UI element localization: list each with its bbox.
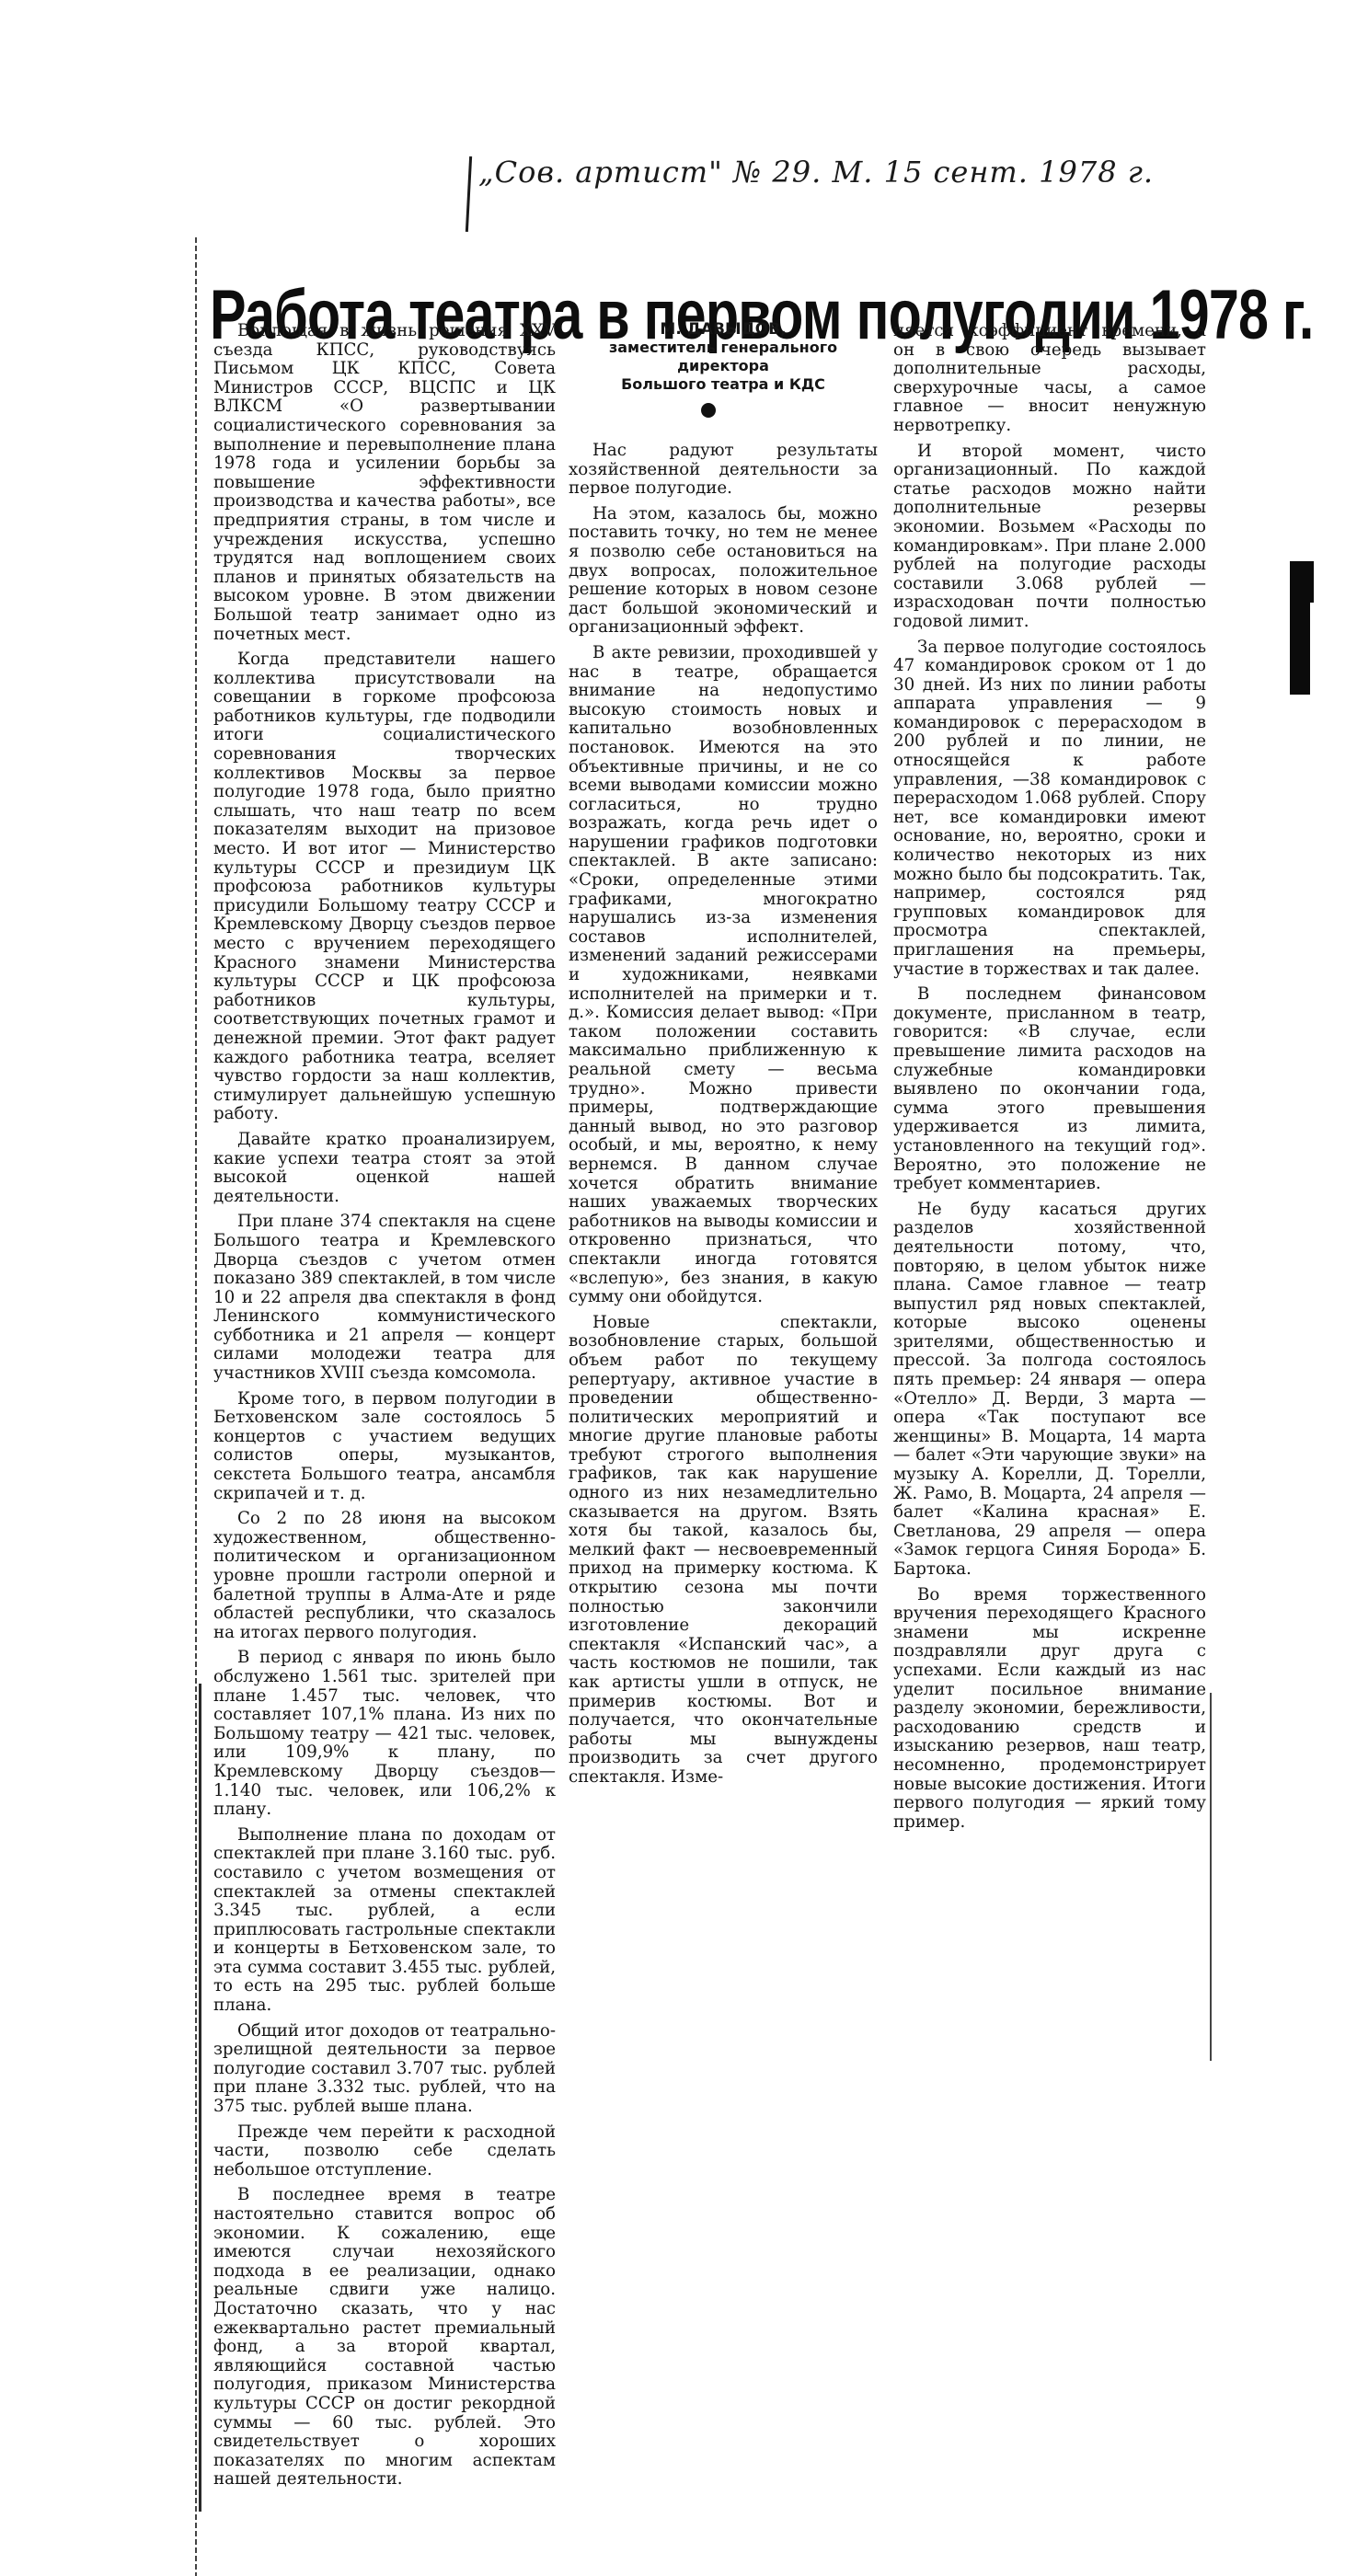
paragraph: При плане 374 спектакля на сцене Большог… (213, 1213, 556, 1383)
left-border-rule-bold (199, 1684, 201, 2512)
paragraph: Давайте кратко проанализируем, какие усп… (213, 1131, 556, 1206)
handwritten-margin-line (466, 156, 472, 232)
article-column-middle: Нас радуют результаты хозяйственной деят… (569, 442, 878, 1794)
article-column-left: Воплощая в жизнь решения XXV съезда КПСС… (213, 322, 556, 2496)
paragraph: На этом, казалось бы, можно поставить то… (569, 505, 878, 638)
paragraph: В акте ревизии, проходившей у нас в теат… (569, 644, 878, 1307)
newspaper-clipping: „Сов. артист" № 29. М. 15 сент. 1978 г. … (0, 0, 1357, 2576)
paragraph: Когда представители нашего коллектива пр… (213, 650, 556, 1124)
paragraph: За первое полугодие состоялось 47 команд… (893, 638, 1206, 980)
author-position: директора (569, 357, 878, 375)
paragraph: няется коэффициент времени, а он в свою … (893, 322, 1206, 436)
paragraph: Прежде чем перейти к расходной части, по… (213, 2123, 556, 2180)
paragraph: Нас радуют результаты хозяйственной деят… (569, 442, 878, 499)
author-byline: М. ДАВЫДОВ, заместитель генерального дир… (569, 320, 878, 394)
article-column-right: няется коэффициент времени, а он в свою … (893, 322, 1206, 1838)
paragraph: Со 2 по 28 июня на высоком художественно… (213, 1510, 556, 1642)
handwritten-source-note: „Сов. артист" № 29. М. 15 сент. 1978 г. (478, 155, 1154, 190)
paragraph: Не буду касаться других разделов хозяйст… (893, 1201, 1206, 1580)
paragraph: И второй момент, чисто организационный. … (893, 443, 1206, 632)
paragraph: В период с января по июнь было обслужено… (213, 1649, 556, 1819)
paragraph: Выполнение плана по доходам от спектакле… (213, 1826, 556, 2016)
paragraph: В последнем финансовом документе, присла… (893, 985, 1206, 1194)
left-border-rule (195, 237, 197, 2576)
paragraph: Во время торжественного вручения переход… (893, 1586, 1206, 1833)
author-name: М. ДАВЫДОВ, (569, 320, 878, 339)
scan-margin-mark (1290, 561, 1310, 695)
right-border-rule (1210, 1693, 1212, 2061)
paragraph: Общий итог доходов от театрально-зрелищн… (213, 2022, 556, 2117)
author-position: Большого театра и КДС (569, 375, 878, 394)
bullet-separator-icon (701, 403, 716, 418)
paragraph: В последнее время в театре настоятельно … (213, 2186, 556, 2490)
paragraph: Воплощая в жизнь решения XXV съезда КПСС… (213, 322, 556, 644)
paragraph: Кроме того, в первом полугодии в Бетхове… (213, 1390, 556, 1504)
author-position: заместитель генерального (569, 339, 878, 357)
paragraph: Новые спектакли, возобновление старых, б… (569, 1314, 878, 1788)
